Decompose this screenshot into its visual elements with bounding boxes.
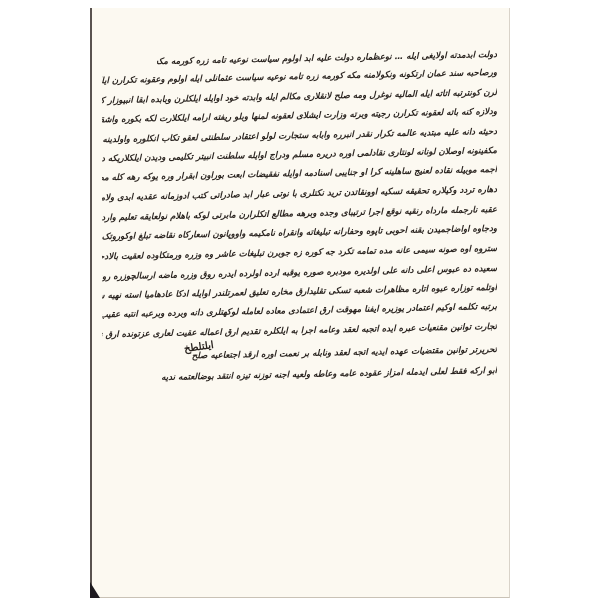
text-line-11: ستروه اوه صونه سیمی عانه مده تمامه تکرد … [102,244,497,262]
text-line-13: اوتلمه توزاره عبوه اتاره مظاهرات شعبه تس… [102,283,497,301]
text-line-8: دهاره تردد وکیلاره تحقیقه تسکیه اوونقاتد… [102,185,497,203]
manuscript-page: دولت ابدمدته اولایغی ایله … نوعظماره دول… [90,8,510,598]
text-line-15: تجارت توانین مقنعیات عبره ایده اتجبه لعق… [102,322,497,340]
text-line-12: سعیده ده عبوس اعلی دانه علی اولدیره مودب… [102,264,497,282]
text-line-4: ودلازه کنه باته لعقونه تکرارن رجیته وبرت… [102,107,497,125]
text-line-5: دحیثه دانه علیه مبتدیه عالمه تکرار نقدر … [102,127,497,145]
text-line-9: عقبه نارجمله مارداه رنقیه نوقع اجرا ترتی… [102,205,497,223]
text-line-14: برتبه تکلمه اوکیم اعتمادر یوزیره ایفنا م… [102,302,497,320]
manuscript-text-body: دولت ابدمدته اولایغی ایله … نوعظماره دول… [92,8,509,597]
page-corner-shadow [90,582,100,598]
text-line-1: دولت ابدمدته اولایغی ایله … نوعظماره دول… [157,50,497,67]
text-line-17: ابو ارکه فقط لعلی ایدمله امزاز عقوده عام… [102,366,497,384]
text-line-7: اجمه موبیله نقاده لعنیج ساهلینه کرا او ج… [102,165,497,183]
text-line-16: تحریرتر توانین مقتضیات عهده ایدیه اتجه ل… [192,345,497,361]
text-line-2: ورصاحبه سند عمان ارتکونه ونکولامنه مکه ک… [102,68,497,86]
text-line-6: مکفینونه اوصلان لونانه لونتاری نقادلمی ا… [102,146,497,164]
text-line-10: ودجاوه اواضاجمیدن بقنه احوبی تاپوه وحفار… [102,224,497,242]
text-line-3: لرن کونترتبه اتاته ایله المالیه نوغرل وم… [102,88,497,106]
